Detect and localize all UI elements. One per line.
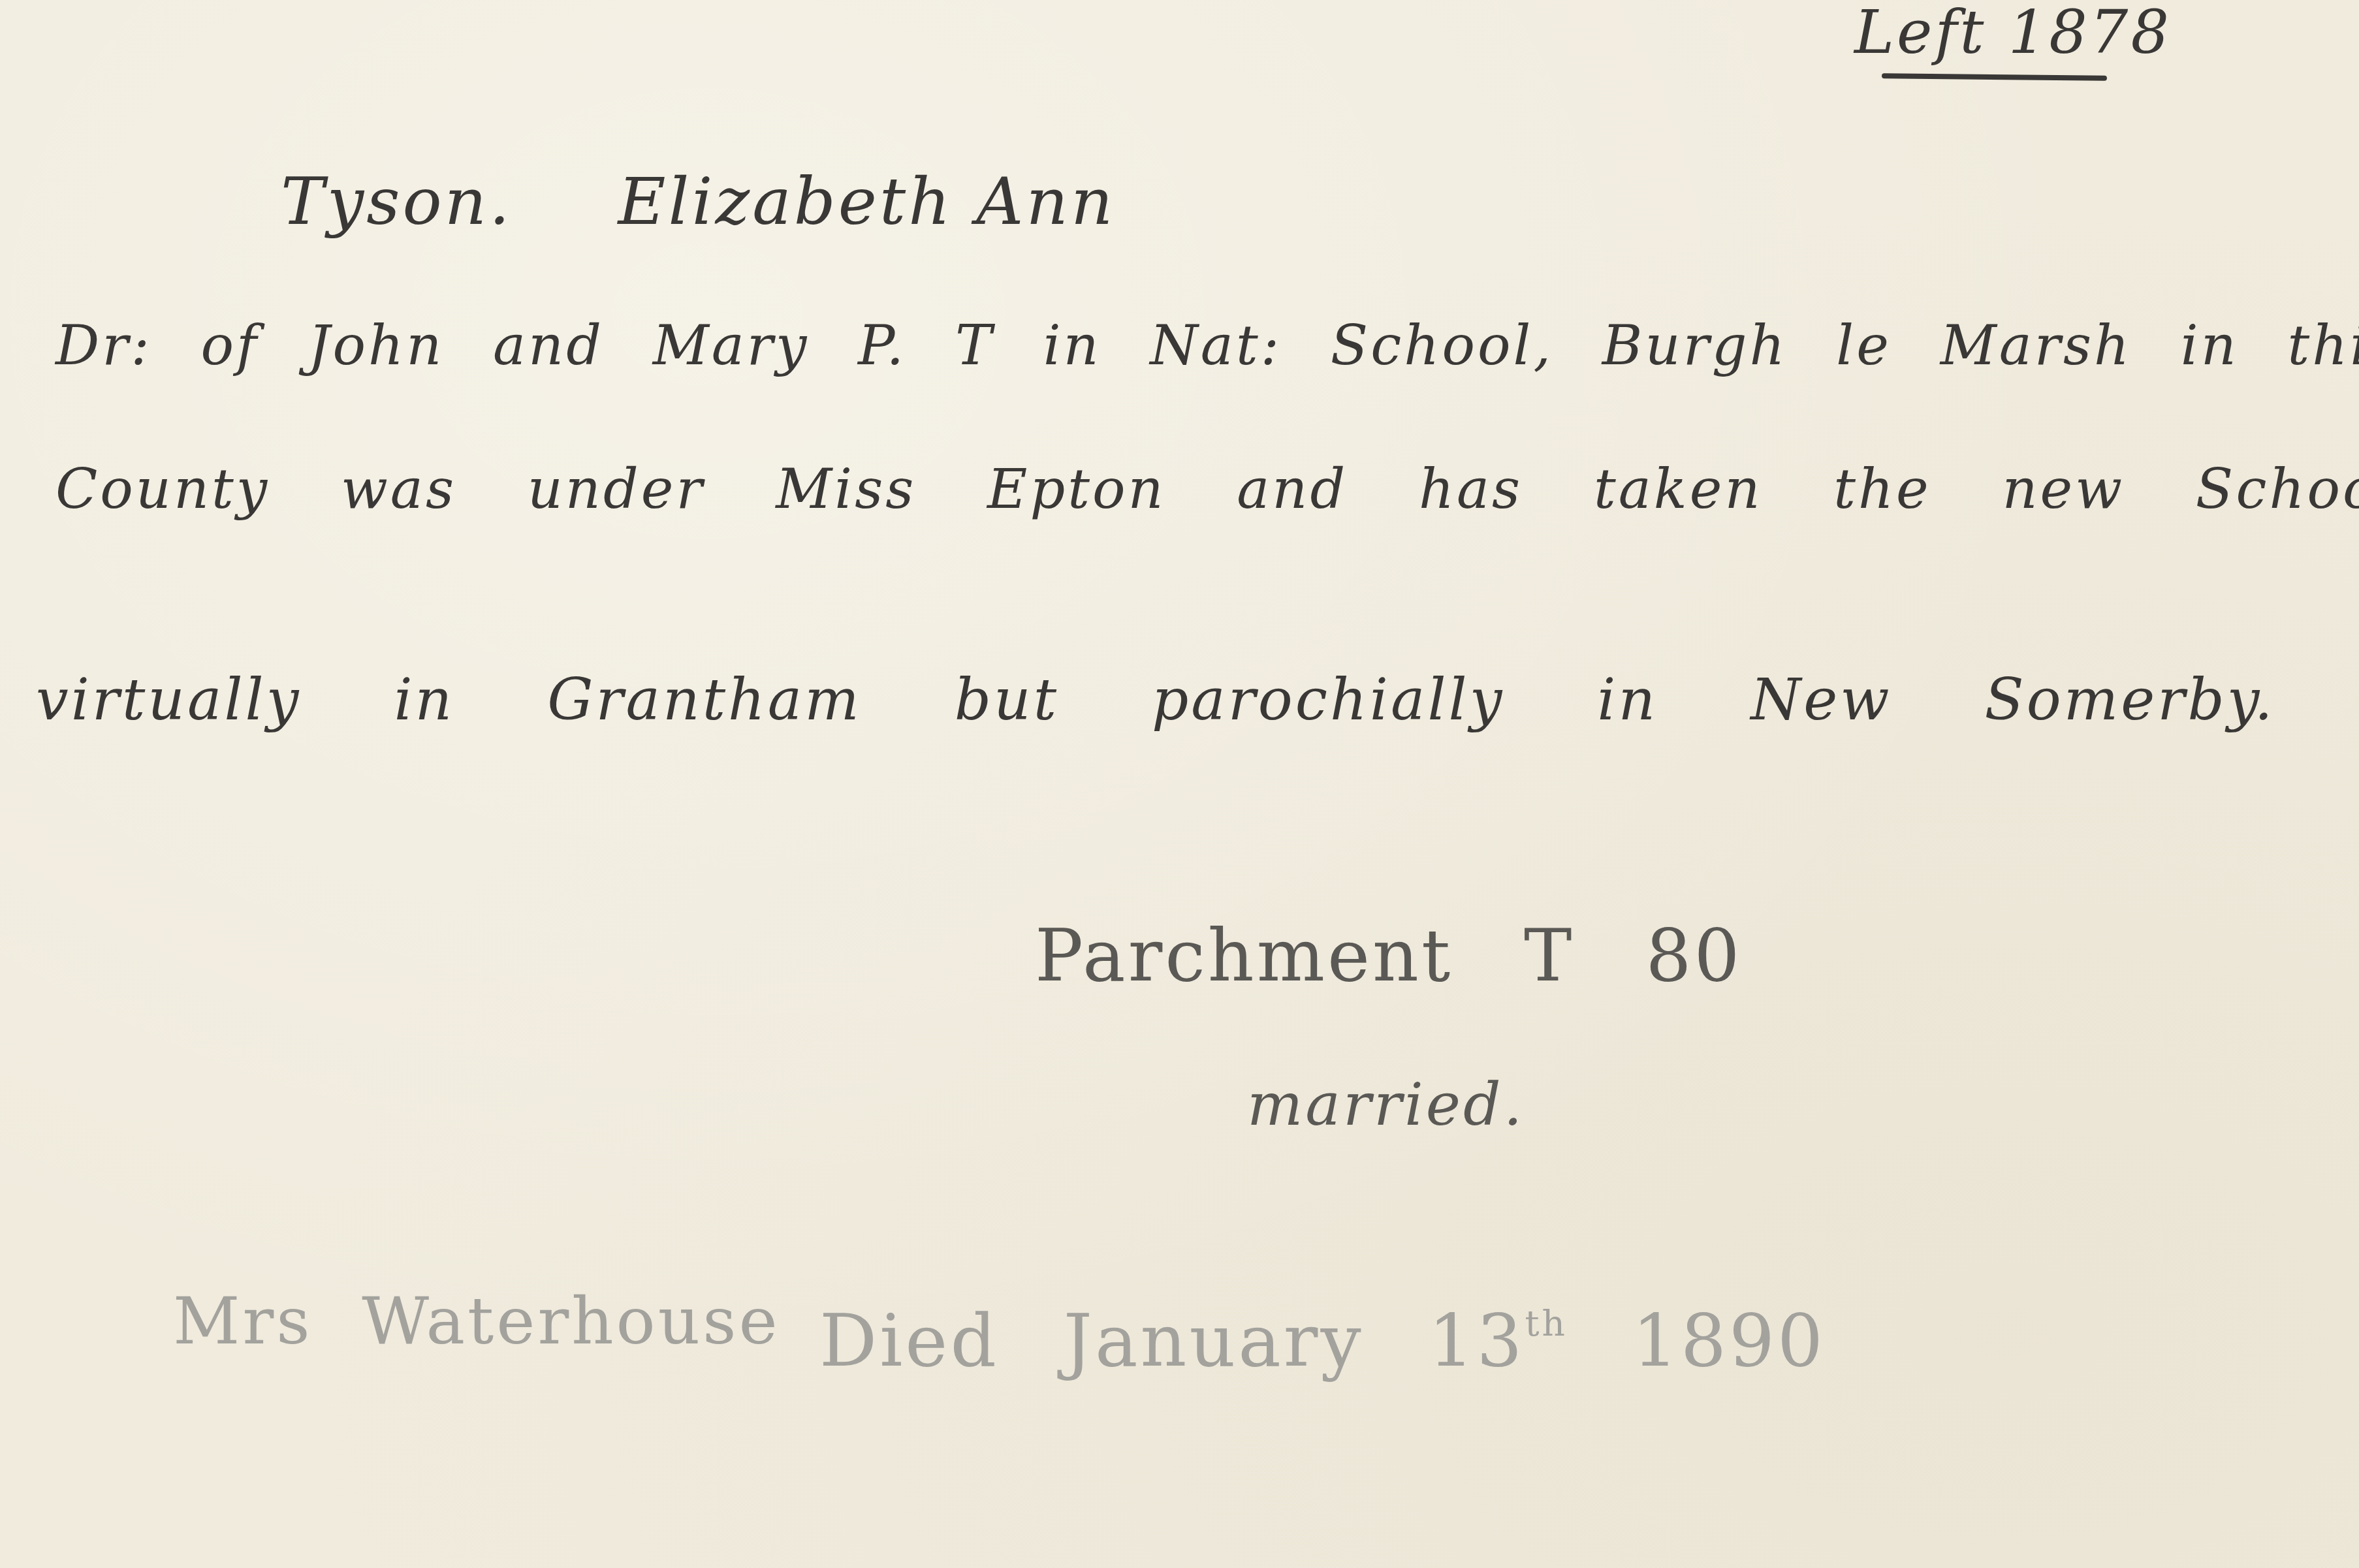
register-page: Left 1878 Tyson. Elizabeth Ann Dr: of Jo… <box>0 0 2359 1568</box>
married-name: Mrs Waterhouse <box>173 1283 780 1359</box>
given-names: Elizabeth Ann <box>618 163 1116 240</box>
death-record: Died January 13th 1890 <box>819 1299 1826 1383</box>
died-date-ordinal: th <box>1525 1302 1568 1344</box>
parchment-annotation: Parchment T 80 <box>1035 914 1742 997</box>
left-date-note: Left 1878 <box>1854 0 2172 65</box>
died-year: 1890 <box>1632 1299 1826 1383</box>
entry-line-2: County was under Miss Epton and has take… <box>55 457 2359 521</box>
surname: Tyson. <box>281 163 513 240</box>
married-annotation: married. <box>1247 1071 1525 1139</box>
entry-line-1: Dr: of John and Mary P. T in Nat: School… <box>55 313 2359 377</box>
entry-name: Tyson. Elizabeth Ann <box>281 163 1115 240</box>
died-date: Died January 13 <box>819 1299 1525 1383</box>
entry-line-3: virtually in Grantham but parochially in… <box>36 666 2275 733</box>
left-note-underline <box>1882 73 2107 81</box>
